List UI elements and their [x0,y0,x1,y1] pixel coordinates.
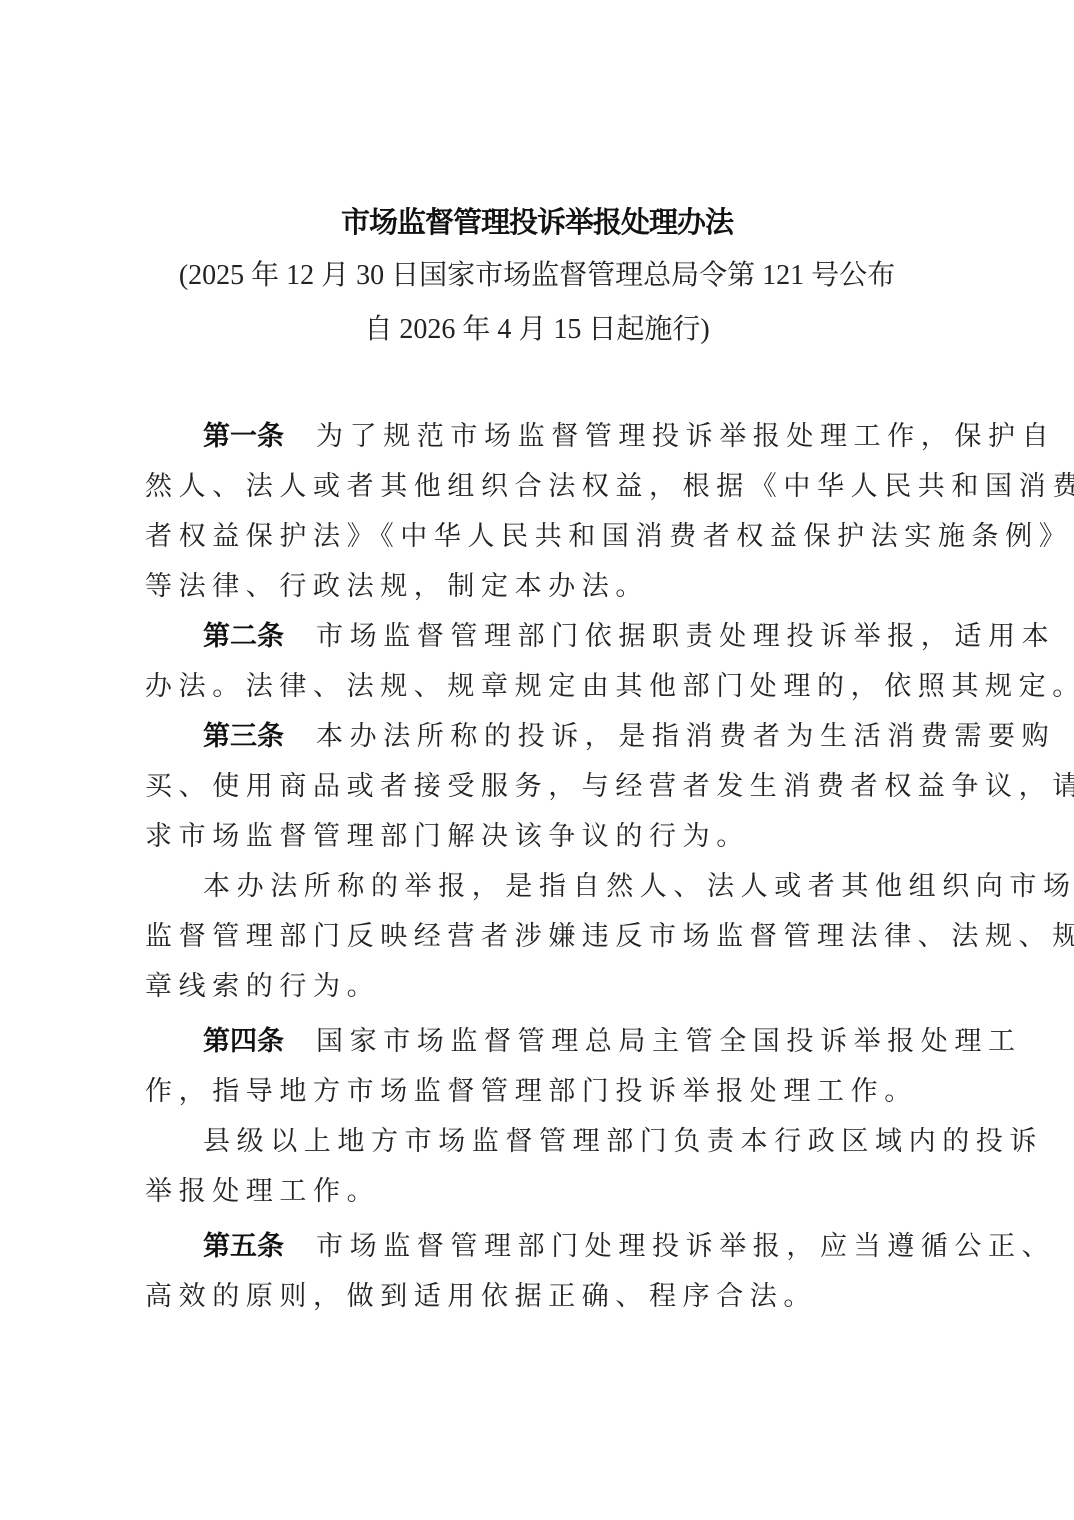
document-page: 市场监督管理投诉举报处理办法 (2025 年 12 月 30 日国家市场监督管理… [0,0,1074,1520]
article-1-line-3: 者权益保护法》《中华人民共和国消费者权益保护法实施条例》 [145,512,945,562]
article-3-para-2-line-1: 本办法所称的举报，是指自然人、法人或者其他组织向市场 [145,862,945,912]
article-4-para-2-line-2: 举报处理工作。 [145,1167,945,1217]
article-label: 第三条 [203,721,284,752]
article-text: 本办法所称的投诉，是指消费者为生活消费需要购 [316,721,1055,752]
article-4-line-2: 作，指导地方市场监督管理部门投诉举报处理工作。 [145,1067,945,1117]
article-label: 第四条 [203,1026,284,1057]
article-3-para-2-line-2: 监督管理部门反映经营者涉嫌违反市场监督管理法律、法规、规 [145,912,945,962]
article-label: 第二条 [203,621,284,652]
article-text: 市场监督管理部门依据职责处理投诉举报，适用本 [316,621,1055,652]
article-4-para-2-line-1: 县级以上地方市场监督管理部门负责本行政区域内的投诉 [145,1117,945,1167]
article-5-line-2: 高效的原则，做到适用依据正确、程序合法。 [145,1272,945,1322]
article-label: 第一条 [203,421,284,452]
article-4-line-1: 第四条国家市场监督管理总局主管全国投诉举报处理工 [145,1017,945,1067]
article-3-line-3: 求市场监督管理部门解决该争议的行为。 [145,812,945,862]
article-2-line-1: 第二条市场监督管理部门依据职责处理投诉举报，适用本 [145,612,945,662]
promulgation-note-line-1: (2025 年 12 月 30 日国家市场监督管理总局令第 121 号公布 [0,256,1074,296]
document-body: 第一条为了规范市场监督管理投诉举报处理工作，保护自 然人、法人或者其他组织合法权… [145,412,945,1322]
promulgation-note-line-2: 自 2026 年 4 月 15 日起施行) [0,310,1074,350]
article-3-line-1: 第三条本办法所称的投诉，是指消费者为生活消费需要购 [145,712,945,762]
article-text: 市场监督管理部门处理投诉举报，应当遵循公正、 [316,1231,1055,1262]
article-1-line-4: 等法律、行政法规，制定本办法。 [145,562,945,612]
article-3-para-2-line-3: 章线索的行为。 [145,962,945,1012]
article-text: 为了规范市场监督管理投诉举报处理工作，保护自 [316,421,1055,452]
document-title: 市场监督管理投诉举报处理办法 [0,200,1074,244]
article-2-line-2: 办法。法律、法规、规章规定由其他部门处理的，依照其规定。 [145,662,945,712]
article-5-line-1: 第五条市场监督管理部门处理投诉举报，应当遵循公正、 [145,1222,945,1272]
article-text: 国家市场监督管理总局主管全国投诉举报处理工 [316,1026,1022,1057]
article-3-line-2: 买、使用商品或者接受服务，与经营者发生消费者权益争议，请 [145,762,945,812]
article-1-line-1: 第一条为了规范市场监督管理投诉举报处理工作，保护自 [145,412,945,462]
article-label: 第五条 [203,1231,284,1262]
article-1-line-2: 然人、法人或者其他组织合法权益，根据《中华人民共和国消费 [145,462,945,512]
